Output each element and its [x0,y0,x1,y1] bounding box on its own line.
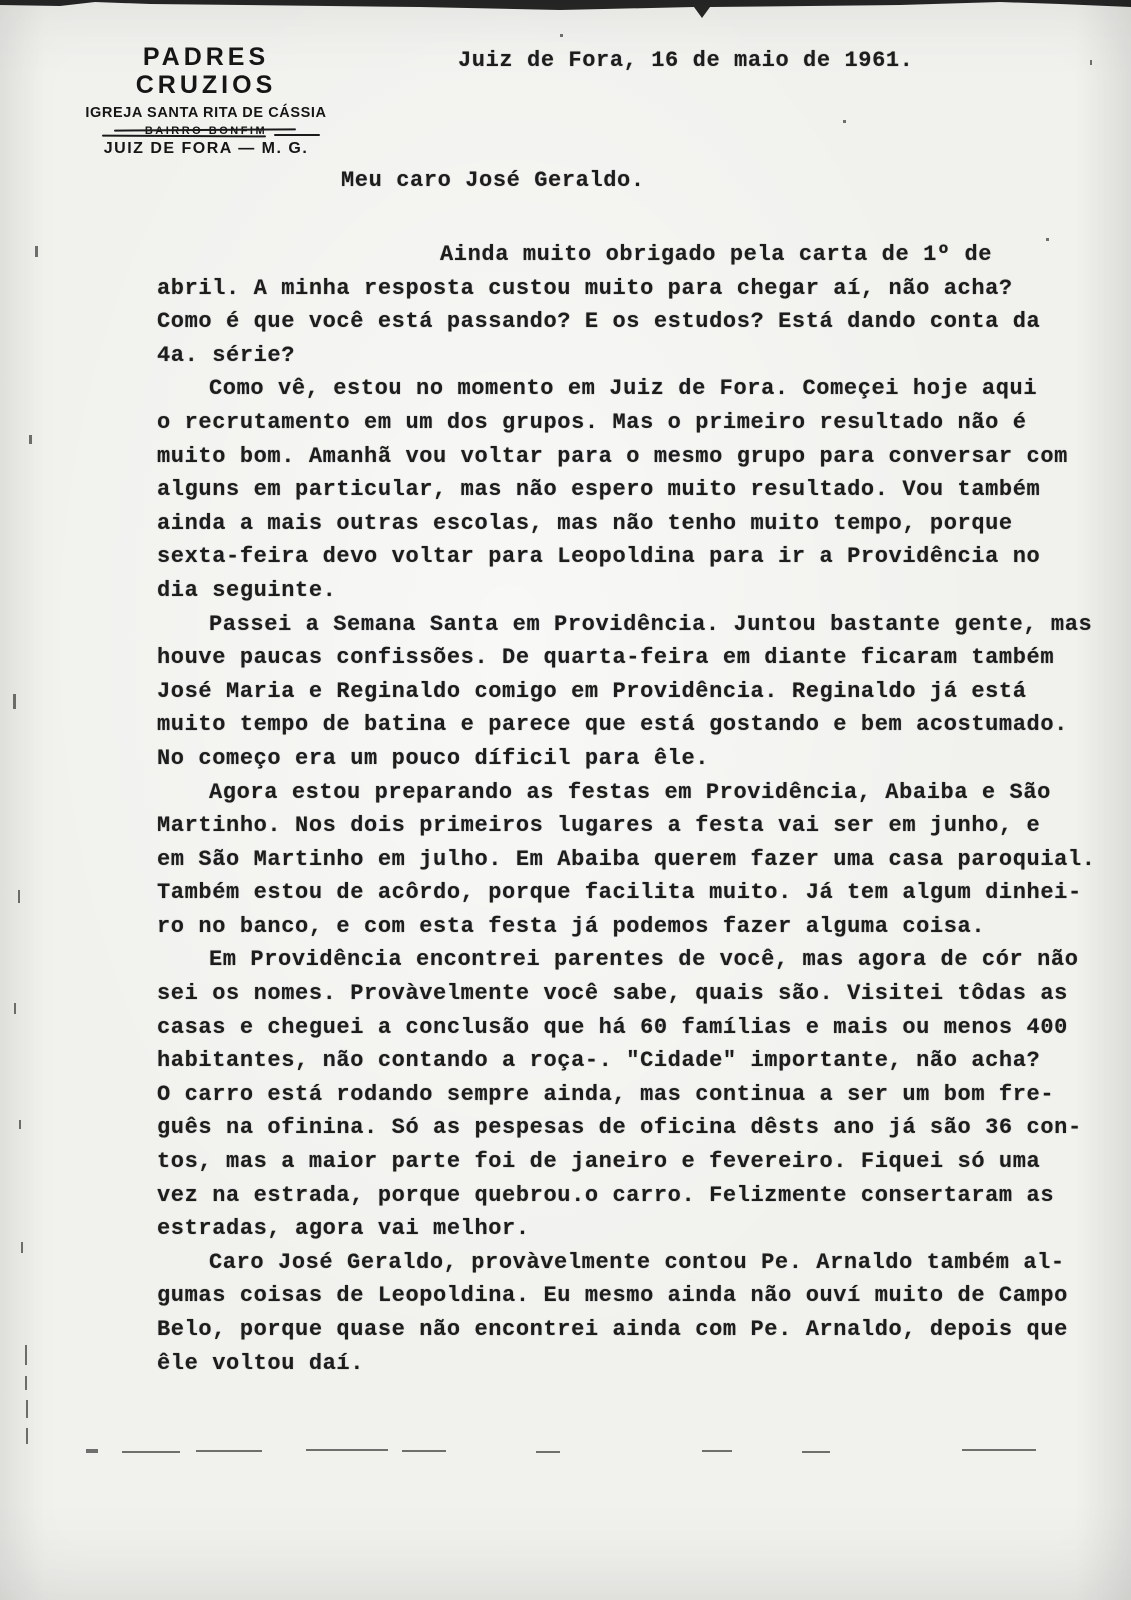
salutation: Meu caro José Geraldo. [341,168,645,193]
letterhead: PADRES CRUZIOS IGREJA SANTA RITA DE CÁSS… [78,44,334,158]
scan-speck [843,120,846,123]
scan-speck [26,1428,28,1444]
scan-speck [13,694,16,709]
body-line: guês na ofinina. Só as pespesas de ofici… [157,1111,1107,1145]
scan-speck [25,1345,27,1365]
scan-speck [25,1376,27,1390]
body-line: O carro está rodando sempre ainda, mas c… [157,1078,1107,1112]
body-line: Como vê, estou no momento em Juiz de For… [157,372,1107,406]
body-line: No começo era um pouco díficil para êle. [157,742,1107,776]
body-line: Ainda muito obrigado pela carta de 1º de [157,238,1107,272]
body-line: houve paucas confissões. De quarta-feira… [157,641,1107,675]
body-line: Passei a Semana Santa em Providência. Ju… [157,608,1107,642]
scan-speck [536,1451,560,1453]
scan-speck [402,1450,446,1452]
body-line: 4a. série? [157,339,1107,373]
body-line: o recrutamento em um dos grupos. Mas o p… [157,406,1107,440]
scan-speck [122,1451,180,1453]
body-line: Martinho. Nos dois primeiros lugares a f… [157,809,1107,843]
body-line: Como é que você está passando? E os estu… [157,305,1107,339]
scan-speck [14,1003,16,1014]
body-line: Em Providência encontrei parentes de voc… [157,943,1107,977]
body-line: ro no banco, e com esta festa já podemos… [157,910,1107,944]
letterhead-underline [102,135,266,138]
scan-speck [802,1451,830,1453]
body-line: José Maria e Reginaldo comigo em Providê… [157,675,1107,709]
scan-speck [35,246,38,257]
body-line: muito bom. Amanhã vou voltar para o mesm… [157,440,1107,474]
body-line: gumas coisas de Leopoldina. Eu mesmo ain… [157,1279,1107,1313]
body-line: muito tempo de batina e parece que está … [157,708,1107,742]
body-line: casas e cheguei a conclusão que há 60 fa… [157,1011,1107,1045]
letterhead-city: JUIZ DE FORA — M. G. [78,140,334,158]
date-line: Juiz de Fora, 16 de maio de 1961. [458,48,913,73]
scan-speck [26,1400,28,1418]
scan-top-edge [0,0,1131,20]
scan-speck [560,34,563,37]
scan-speck [18,890,20,903]
body-line: abril. A minha resposta custou muito par… [157,272,1107,306]
body-line: Agora estou preparando as festas em Prov… [157,776,1107,810]
body-line: alguns em particular, mas não espero mui… [157,473,1107,507]
letterhead-organization: PADRES CRUZIOS [78,44,334,99]
body-line: estradas, agora vai melhor. [157,1212,1107,1246]
body-line: Belo, porque quase não encontrei ainda c… [157,1313,1107,1347]
scan-speck [1046,238,1049,241]
body-line: sei os nomes. Provàvelmente você sabe, q… [157,977,1107,1011]
scan-speck [21,1242,23,1253]
body-line: ainda a mais outras escolas, mas não ten… [157,507,1107,541]
scan-speck [19,1120,21,1129]
scan-speck [962,1449,1036,1451]
body-line: Caro José Geraldo, provàvelmente contou … [157,1246,1107,1280]
letterhead-church: IGREJA SANTA RITA DE CÁSSIA [78,105,334,121]
scan-speck [86,1449,98,1453]
body-line: êle voltou daí. [157,1347,1107,1381]
body-line: dia seguinte. [157,574,1107,608]
body-line: em São Martinho em julho. Em Abaiba quer… [157,843,1107,877]
body-line: tos, mas a maior parte foi de janeiro e … [157,1145,1107,1179]
scan-speck [1090,60,1092,65]
body-line: sexta-feira devo voltar para Leopoldina … [157,540,1107,574]
scan-speck [306,1449,388,1451]
body-line: habitantes, não contando a roça-. "Cidad… [157,1044,1107,1078]
letter-body: Ainda muito obrigado pela carta de 1º de… [157,238,1107,1380]
body-line: Também estou de acôrdo, porque facilita … [157,876,1107,910]
scan-speck [196,1450,262,1452]
scan-speck [29,435,32,444]
letter-page: PADRES CRUZIOS IGREJA SANTA RITA DE CÁSS… [0,0,1131,1600]
scan-speck [702,1450,732,1452]
body-line: vez na estrada, porque quebrou.o carro. … [157,1179,1107,1213]
